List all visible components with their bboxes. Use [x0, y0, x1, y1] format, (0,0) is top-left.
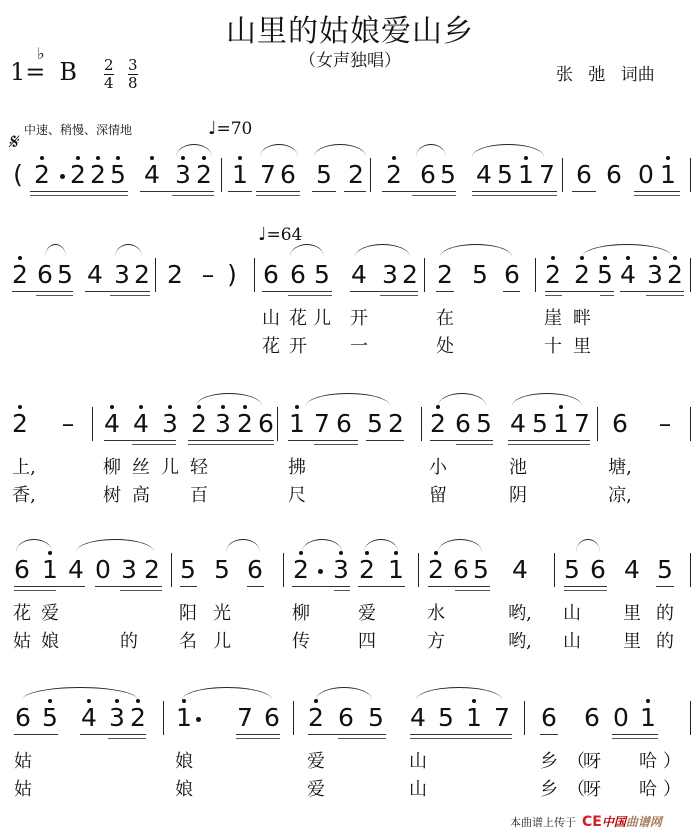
watermark: 本曲谱上传于CE中国曲谱网 — [510, 813, 662, 830]
barline — [562, 158, 563, 192]
note: 1 — [388, 555, 404, 585]
lyric-syllable: 名 — [179, 627, 197, 653]
lyric-syllable: 呀 — [583, 775, 601, 801]
octave-dot — [96, 156, 100, 160]
barline — [690, 553, 691, 587]
underline — [382, 191, 456, 192]
barline — [277, 407, 278, 441]
note: 1 — [176, 703, 192, 733]
note: 6 — [290, 260, 306, 290]
note: 6 — [14, 555, 30, 585]
lyric-syllable: 香, — [12, 481, 36, 507]
time-signature-2-4: 24 — [104, 58, 114, 91]
note: 7 — [574, 409, 590, 439]
note: 4 — [144, 160, 160, 190]
lyric-syllable: 花 — [289, 304, 307, 330]
lyric-syllable: 爱 — [41, 599, 59, 625]
note: 6 — [15, 703, 31, 733]
underline — [236, 734, 280, 735]
underline — [472, 191, 557, 192]
lyric-syllable: 开 — [350, 304, 368, 330]
note: 1 — [289, 409, 305, 439]
note: 2 — [167, 260, 183, 290]
key-signature: 1=♭B — [10, 58, 77, 86]
octave-dot — [666, 156, 670, 160]
note: 2 — [196, 160, 212, 190]
octave-dot — [18, 256, 22, 260]
barline — [690, 407, 691, 441]
lyric-syllable: 姑 — [14, 775, 32, 801]
underline — [14, 586, 85, 587]
double-underline — [120, 590, 162, 591]
note: 5 — [110, 160, 126, 190]
lyric-syllable: 小 — [429, 453, 447, 479]
lyric-syllable: 山 — [262, 304, 280, 330]
note: 5 — [316, 160, 332, 190]
slur — [260, 144, 298, 157]
note: 2 — [308, 703, 324, 733]
octave-dot — [139, 405, 143, 409]
note: 5 — [532, 409, 548, 439]
barline — [221, 158, 222, 192]
octave-dot — [295, 405, 299, 409]
note: 6 — [280, 160, 296, 190]
score-row-4: 614032556232126545645花爱阳光柳爱水哟,山里的姑娘的名儿传四… — [0, 555, 700, 695]
lyric-syllable: 光 — [213, 599, 231, 625]
note: 6 — [264, 703, 280, 733]
song-title: 山里的姑娘爱山乡 — [0, 6, 700, 50]
underline — [428, 586, 490, 587]
double-underline — [338, 738, 386, 739]
lyric-syllable: 十 — [544, 332, 562, 358]
note: 0 — [95, 555, 111, 585]
note: 5 — [473, 555, 489, 585]
lyric-syllable: 拂 — [288, 453, 306, 479]
barline — [554, 553, 555, 587]
lyric-syllable: 传 — [292, 627, 310, 653]
note: 2 — [667, 260, 683, 290]
note: 6 — [612, 409, 628, 439]
note: 5 — [367, 409, 383, 439]
double-underline — [600, 295, 614, 296]
lyric-syllable: 娘 — [175, 775, 193, 801]
note: 6 — [247, 555, 263, 585]
note: 1 — [553, 409, 569, 439]
note: 6 — [338, 703, 354, 733]
note: 0 — [638, 160, 654, 190]
tempo-marking-70: ♩=70 — [208, 118, 252, 139]
author-credit: 张 弛 词曲 — [556, 60, 655, 85]
barline — [293, 701, 294, 735]
underline — [564, 586, 607, 587]
barline — [171, 553, 172, 587]
slur — [314, 144, 366, 157]
note: 4 — [81, 703, 97, 733]
note: 2 — [90, 160, 106, 190]
augmentation-dot — [318, 569, 323, 574]
lyric-syllable: 尺 — [288, 481, 306, 507]
lyric-syllable: ） — [663, 775, 681, 801]
double-underline — [456, 444, 493, 445]
note: 5 — [314, 260, 330, 290]
lyric-syllable: 哟, — [508, 599, 532, 625]
lyric-syllable: 丝 — [132, 453, 150, 479]
lyric-syllable: 柳 — [292, 599, 310, 625]
barline — [535, 258, 536, 292]
underline — [104, 440, 176, 441]
note: 2 — [191, 409, 207, 439]
double-underline — [508, 444, 590, 445]
lyric-syllable: 儿 — [213, 627, 231, 653]
note: 2 — [237, 409, 253, 439]
note: 4 — [104, 409, 120, 439]
barline — [370, 158, 371, 192]
note: 2 — [437, 260, 453, 290]
lyric-syllable: 四 — [358, 627, 376, 653]
note: 4 — [351, 260, 367, 290]
double-underline — [412, 195, 456, 196]
lyric-syllable: 百 — [190, 481, 208, 507]
underline — [620, 291, 684, 292]
note: 2 — [430, 409, 446, 439]
octave-dot — [551, 256, 555, 260]
double-underline — [646, 295, 684, 296]
octave-dot — [168, 405, 172, 409]
double-underline — [334, 590, 350, 591]
underline — [572, 191, 596, 192]
note: 2 — [388, 409, 404, 439]
lyric-syllable: 留 — [429, 481, 447, 507]
underline — [30, 191, 128, 192]
underline — [366, 440, 404, 441]
note: 1 — [232, 160, 248, 190]
underline — [358, 586, 405, 587]
note: 6 — [453, 555, 469, 585]
lyric-syllable: 的 — [656, 627, 674, 653]
octave-dot — [18, 405, 22, 409]
lyric-syllable: 呀 — [583, 747, 601, 773]
octave-dot — [116, 156, 120, 160]
note: 2 — [545, 260, 561, 290]
note: 4 — [624, 555, 640, 585]
lyric-syllable: 山 — [563, 627, 581, 653]
note: 6 — [336, 409, 352, 439]
note: 7 — [260, 160, 276, 190]
note: 3 — [121, 555, 137, 585]
octave-dot — [392, 156, 396, 160]
note: 2 — [348, 160, 364, 190]
underline — [344, 191, 366, 192]
barline — [690, 701, 691, 735]
underline — [262, 291, 332, 292]
lyric-syllable: 花 — [13, 599, 31, 625]
note: 5 — [57, 260, 73, 290]
lyric-syllable: 哈 — [639, 775, 657, 801]
augmentation-dot — [196, 717, 201, 722]
note: 3 — [382, 260, 398, 290]
note: 4 — [68, 555, 84, 585]
lyric-syllable: 畔 — [573, 304, 591, 330]
underline — [503, 291, 520, 292]
lyric-syllable: 上, — [12, 453, 36, 479]
slur — [472, 144, 544, 157]
underline — [292, 586, 350, 587]
note: 5 — [472, 260, 488, 290]
lyric-syllable: 阳 — [179, 599, 197, 625]
note: 1 — [660, 160, 676, 190]
underline — [430, 440, 493, 441]
underline — [308, 734, 386, 735]
double-underline — [564, 590, 607, 591]
lyric-syllable: 里 — [573, 332, 591, 358]
slur — [416, 144, 446, 157]
lyric-syllable: 水 — [427, 599, 445, 625]
lyric-syllable: 姑 — [13, 627, 31, 653]
note: 4 — [133, 409, 149, 439]
note: 6 — [576, 160, 592, 190]
note: 3 — [333, 555, 349, 585]
lyric-syllable: 池 — [509, 453, 527, 479]
note: 5 — [476, 409, 492, 439]
double-underline — [110, 295, 150, 296]
lyric-syllable: 姑 — [14, 747, 32, 773]
underline — [350, 291, 418, 292]
lyric-syllable: 里 — [623, 599, 641, 625]
note: 6 — [258, 409, 274, 439]
note: 5 — [657, 555, 673, 585]
site-logo-icon: CE — [582, 814, 602, 830]
underline — [180, 586, 197, 587]
double-underline — [188, 444, 274, 445]
barline — [254, 258, 255, 292]
extension-dash: – — [659, 409, 672, 439]
underline — [288, 440, 358, 441]
note: 2 — [293, 555, 309, 585]
note: 1 — [466, 703, 482, 733]
bracket: ( — [13, 160, 23, 190]
barline — [690, 158, 691, 192]
underline — [256, 191, 300, 192]
underline — [612, 734, 658, 735]
lyric-syllable: 爱 — [307, 747, 325, 773]
note: 4 — [410, 703, 426, 733]
double-underline — [172, 195, 214, 196]
barline — [524, 701, 525, 735]
time-signature-3-8: 38 — [128, 58, 138, 91]
double-underline — [256, 195, 300, 196]
note: 5 — [368, 703, 384, 733]
underline — [634, 191, 680, 192]
extension-dash: – — [202, 260, 215, 290]
note: 2 — [386, 160, 402, 190]
double-underline — [108, 738, 146, 739]
lyric-syllable: 的 — [656, 599, 674, 625]
note: 2 — [130, 703, 146, 733]
note: 7 — [494, 703, 510, 733]
lyric-syllable: 哈 — [639, 747, 657, 773]
double-underline — [634, 195, 680, 196]
double-underline — [36, 295, 73, 296]
note: 2 — [402, 260, 418, 290]
octave-dot — [238, 156, 242, 160]
barline — [155, 258, 156, 292]
octave-dot — [150, 156, 154, 160]
score-row-3: 2–44323261765226545176–上,柳丝儿轻拂小池塘,香,树高百尺… — [0, 409, 700, 549]
lyric-syllable: 开 — [289, 332, 307, 358]
note: 5 — [42, 703, 58, 733]
note: 7 — [314, 409, 330, 439]
underline — [95, 586, 162, 587]
underline — [14, 734, 58, 735]
augmentation-dot — [60, 174, 65, 179]
note: 3 — [162, 409, 178, 439]
note: 2 — [428, 555, 444, 585]
barline — [92, 407, 93, 441]
double-underline — [455, 590, 490, 591]
barline — [421, 407, 422, 441]
quarter-note-icon: ♩ — [208, 118, 217, 139]
note: 4 — [87, 260, 103, 290]
note: 4 — [476, 160, 492, 190]
note: 5 — [180, 555, 196, 585]
lyric-syllable: 高 — [132, 481, 150, 507]
double-underline — [472, 195, 557, 196]
double-underline — [288, 295, 332, 296]
barline — [597, 407, 598, 441]
note: 6 — [420, 160, 436, 190]
octave-dot — [673, 256, 677, 260]
underline — [508, 440, 590, 441]
note: 2 — [12, 409, 28, 439]
note: 6 — [37, 260, 53, 290]
barline — [690, 258, 691, 292]
lyric-syllable: 方 — [427, 627, 445, 653]
note: 2 — [34, 160, 50, 190]
underline — [140, 191, 214, 192]
expression-marking: 中速、稍慢、深情地 — [24, 121, 132, 138]
underline — [80, 734, 146, 735]
double-underline — [410, 738, 512, 739]
lyric-syllable: 儿 — [161, 453, 179, 479]
note: 5 — [438, 703, 454, 733]
lyric-syllable: 塘, — [608, 453, 632, 479]
octave-dot — [40, 156, 44, 160]
note: 6 — [455, 409, 471, 439]
key-letter: B — [59, 58, 77, 86]
lyric-syllable: 哟, — [508, 627, 532, 653]
underline — [436, 291, 454, 292]
underline — [247, 586, 264, 587]
double-underline — [612, 738, 658, 739]
note: 6 — [584, 703, 600, 733]
lyric-syllable: 乡 — [540, 747, 558, 773]
note: 6 — [263, 260, 279, 290]
lyric-syllable: 爱 — [307, 775, 325, 801]
note: 2 — [70, 160, 86, 190]
lyric-syllable: 山 — [409, 747, 427, 773]
lyric-syllable: 崖 — [544, 304, 562, 330]
note: 3 — [109, 703, 125, 733]
lyric-syllable: 娘 — [41, 627, 59, 653]
underline — [312, 191, 336, 192]
underline — [540, 734, 558, 735]
underline — [228, 191, 252, 192]
lyric-syllable: 乡 — [540, 775, 558, 801]
note: 3 — [215, 409, 231, 439]
note: 5 — [440, 160, 456, 190]
double-underline — [68, 195, 90, 196]
double-underline — [236, 738, 280, 739]
note: 0 — [613, 703, 629, 733]
note: 2 — [359, 555, 375, 585]
double-underline — [314, 444, 358, 445]
note: 2 — [12, 260, 28, 290]
note: 4 — [620, 260, 636, 290]
note: 3 — [647, 260, 663, 290]
underline — [545, 291, 614, 292]
lyric-syllable: 山 — [563, 599, 581, 625]
lyric-syllable: 的 — [120, 627, 138, 653]
flat-icon: ♭ — [37, 44, 45, 63]
double-underline — [380, 295, 418, 296]
barline — [418, 553, 419, 587]
note: 3 — [175, 160, 191, 190]
slur — [176, 144, 212, 157]
note: 1 — [42, 555, 58, 585]
double-underline — [14, 590, 56, 591]
lyric-syllable: ） — [663, 747, 681, 773]
lyric-syllable: 阴 — [509, 481, 527, 507]
double-underline — [132, 444, 176, 445]
lyric-syllable: 儿 — [313, 304, 331, 330]
note: 7 — [539, 160, 555, 190]
note: 5 — [214, 555, 230, 585]
lyric-syllable: 处 — [436, 332, 454, 358]
note: 5 — [497, 160, 513, 190]
bracket: ) — [227, 260, 237, 290]
lyric-syllable: 在 — [436, 304, 454, 330]
underline — [188, 440, 274, 441]
octave-dot — [110, 405, 114, 409]
lyric-syllable: 轻 — [190, 453, 208, 479]
lyric-syllable: 柳 — [103, 453, 121, 479]
segno-icon: 𝄋 — [8, 130, 17, 155]
note: 4 — [512, 555, 528, 585]
lyric-syllable: 花 — [262, 332, 280, 358]
lyric-syllable: 一 — [350, 332, 368, 358]
underline — [410, 734, 512, 735]
note: 6 — [590, 555, 606, 585]
octave-dot — [646, 699, 650, 703]
note: 5 — [597, 260, 613, 290]
note: 1 — [640, 703, 656, 733]
note: 2 — [134, 260, 150, 290]
barline — [283, 553, 284, 587]
note: 5 — [564, 555, 580, 585]
underline — [85, 291, 150, 292]
lyric-syllable: 娘 — [175, 747, 193, 773]
lyric-syllable: 里 — [623, 627, 641, 653]
double-underline — [545, 295, 562, 296]
barline — [163, 701, 164, 735]
lyric-syllable: 爱 — [358, 599, 376, 625]
note: 4 — [510, 409, 526, 439]
note: 1 — [518, 160, 534, 190]
note: 2 — [144, 555, 160, 585]
note: 6 — [541, 703, 557, 733]
underline — [12, 291, 73, 292]
note: 6 — [606, 160, 622, 190]
